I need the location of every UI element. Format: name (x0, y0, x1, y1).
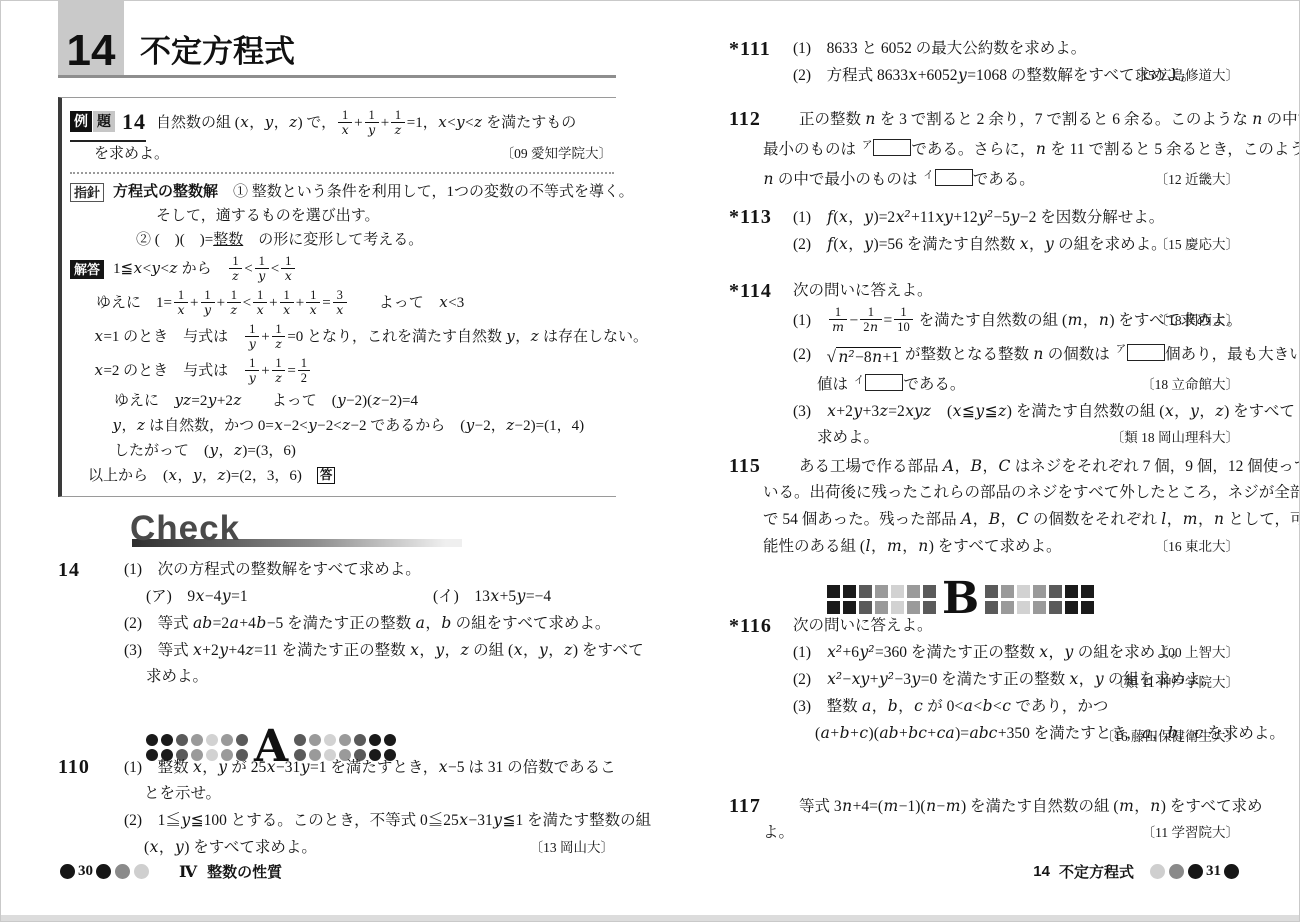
fraction: 1z (391, 108, 405, 137)
text-line: (2) f(x，y)=56 を満たす自然数 x，y の組を求めよ。〔15 慶応大… (793, 231, 1241, 258)
denominator: m (829, 320, 848, 334)
math-variable: A (942, 457, 954, 475)
fraction: 1y (255, 254, 269, 283)
math-variable: z (234, 441, 243, 459)
text-run: 1 (395, 108, 401, 122)
part-title: 整数の性質 (207, 861, 282, 882)
math-variable: a (861, 697, 871, 715)
math-variable: c (914, 697, 924, 715)
text-run: 10 (897, 320, 910, 334)
math-variable: x (94, 327, 103, 345)
source-citation: 〔類 18 岡山理科大〕 (1111, 425, 1239, 451)
math-variable: x (133, 259, 142, 277)
line-text: 方程式の整数解 ① 整数という条件を利用して，1つの変数の不等式を導く。 (113, 184, 634, 200)
problem-body: 次の問いに答えよ。(1) x²+6y²=360 を満たす正の整数 x，y の組を… (793, 613, 1241, 747)
math-variable: B (970, 457, 982, 475)
text-run: 等式 3n+4=(m−1)(n−m) を満たす自然数の組 (m，n) をすべて求… (799, 798, 1263, 815)
text-run: ある工場で作る部品 A，B，C はネジをそれぞれ 7 個，9 個，12 個使って (799, 458, 1300, 475)
line-text: ある工場で作る部品 A，B，C はネジをそれぞれ 7 個，9 個，12 個使って (799, 458, 1300, 475)
ornament-dot (985, 585, 998, 598)
text-line: ゆえに 1=1x+1y+1z<1x+1x+1x=3x よって x<3 (70, 286, 614, 320)
numerator: 1 (272, 356, 286, 371)
text-run: 1 (259, 254, 265, 268)
text-run: である。さらに，n を 11 で割ると 5 余るとき，このような (911, 141, 1300, 158)
numerator: 1 (391, 108, 405, 123)
math-variable: xy (935, 208, 954, 226)
math-variable: y (112, 416, 121, 434)
text-run: 1 (369, 108, 375, 122)
ornament-dot (859, 585, 872, 598)
math-variable: n (1033, 345, 1044, 363)
numerator: 1 (338, 108, 352, 123)
text-line: 求めよ。〔類 18 岡山理科大〕 (793, 425, 1241, 451)
text-line: (1) f(x，y)=2x²+11xy+12y²−5y−2 を因数分解せよ。 (793, 204, 1241, 231)
math-variable: C (1016, 510, 1029, 528)
problem-number: *111 (729, 36, 771, 62)
text-run: n の中で最小のものは (763, 171, 921, 188)
fraction: 1z (272, 322, 286, 351)
text-run: 1 (249, 356, 255, 370)
math-variable: x (438, 758, 448, 776)
ornament-dot (1001, 585, 1014, 598)
ornament-dot (891, 585, 904, 598)
source-citation: 〔類 11 神戸学院大〕 (1111, 672, 1239, 693)
numerator: 1 (306, 288, 320, 303)
text-run: 1 (900, 305, 906, 319)
answer-blank-box (935, 169, 973, 186)
solution-label: 解答 (70, 260, 104, 279)
text-run: x (341, 123, 349, 137)
math-variable: x (168, 466, 177, 484)
text-run: y (368, 123, 376, 137)
underlined-text: 整数 (213, 232, 243, 248)
math-variable: y (493, 811, 503, 829)
math-variable: m (832, 319, 845, 334)
line-text: x=1 のとき 与式は 1y+1z=0 となり，これを満たす自然数 y，z は存… (94, 329, 648, 345)
text-run: 求めよ。 (146, 668, 208, 685)
math-variable: y (1044, 235, 1054, 253)
numerator: 1 (298, 356, 310, 371)
math-variable: y (204, 302, 212, 317)
text-run: したがって (y，z)=(3，6) (114, 443, 296, 459)
denominator: x (306, 303, 320, 317)
math-variable: x (149, 838, 159, 856)
textbook-spread: 14 不定方程式 例題14自然数の組 (x，y，z) で，1x+1y+1z=1，… (0, 0, 1300, 922)
text-line: (2) √n²−8n+1 が整数となる整数 n の個数は ア個あり，最も大きい … (793, 337, 1241, 367)
text-run: ① 整数という条件を利用して，1つの変数の不等式を導く。 (218, 184, 634, 200)
math-variable: z (530, 327, 539, 345)
line-text: x=2 のとき 与式は 1y+1z=12 (94, 363, 312, 379)
denominator: y (365, 123, 379, 137)
ornament-dot-grid (827, 585, 936, 614)
check-logo: Check (130, 509, 470, 551)
math-variable: y (219, 641, 229, 659)
left-page-footer: 30 Ⅳ 整数の性質 (58, 861, 616, 882)
text-run: である。 (973, 171, 1035, 188)
text-run: 2 (301, 371, 307, 385)
math-variable: y² (879, 670, 895, 688)
source-citation: 〔18 立命館大〕 (1141, 372, 1239, 398)
denominator: x (253, 303, 267, 317)
example-problem-block: 例題14自然数の組 (x，y，z) で，1x+1y+1z=1，x<y<z を満た… (58, 97, 616, 497)
text-run: + (261, 363, 269, 379)
ornament-dot (146, 734, 158, 746)
text-run: (1) 整数 x，y が 25x−31y=1 を満たすとき，x−5 は 31 の… (124, 759, 616, 776)
math-variable: x (336, 302, 344, 317)
math-variable: C (998, 457, 1011, 475)
text-line: ゆえに yz=2y+2z よって (y−2)(z−2)=4 (70, 388, 614, 413)
math-variable: x (1019, 235, 1029, 253)
numerator: 1 (829, 305, 848, 320)
math-variable: n (1035, 140, 1046, 158)
math-variable: B (988, 510, 1000, 528)
line-text: (3) 整数 a，b，c が 0<a<b<c であり，かつ (793, 698, 1108, 715)
line-text: (2) f(x，y)=56 を満たす自然数 x，y の組を求めよ。 (793, 236, 1167, 253)
text-run: (1) f(x，y)=2x²+11xy+12y²−5y−2 を因数分解せよ。 (793, 209, 1164, 226)
numerator: 1 (860, 305, 881, 320)
problem-body: (1) 8633 と 6052 の最大公約数を求めよ。(2) 方程式 8633x… (793, 36, 1241, 89)
ornament-dot (1049, 585, 1062, 598)
problem-number: 117 (729, 793, 761, 819)
text-run: + (261, 329, 269, 345)
numerator: 1 (201, 288, 215, 303)
part-numeral: Ⅳ (179, 862, 197, 882)
math-variable: n (1252, 110, 1263, 128)
problem-number: 112 (729, 106, 761, 132)
answer-blank: ア (1114, 346, 1166, 363)
math-variable: f (827, 208, 834, 226)
text-run: で 54 個あった。残った部品 A，B，C の個数をそれぞれ l，m，n として… (763, 511, 1300, 528)
problem-117: 117等式 3n+4=(m−1)(n−m) を満たす自然数の組 (m，n) をす… (729, 793, 1241, 846)
fraction: 1y (245, 356, 259, 385)
math-variable: y (248, 336, 256, 351)
right-page-footer: 14 不定方程式 31 (729, 861, 1241, 882)
source-citation: 〔09 愛知学院大〕 (501, 142, 612, 166)
problem-body: ある工場で作る部品 A，B，C はネジをそれぞれ 7 個，9 個，12 個使って… (763, 453, 1241, 560)
math-variable: z (1215, 402, 1224, 420)
line-text: 求めよ。 (817, 429, 879, 446)
text-run: x (309, 303, 317, 317)
problem-body: (1) 整数 x，y が 25x−31y=1 を満たすとき，x−5 は 31 の… (124, 754, 616, 861)
math-variable: a (229, 614, 239, 632)
text-run: 以上から (x，y，z)=(2，3，6) (88, 468, 317, 484)
text-run: (2) (793, 346, 827, 363)
source-citation: 〔15 広島修道大〕 (1128, 63, 1239, 89)
math-variable: x (1164, 402, 1174, 420)
line-text: n の中で最小のものは イである。 (763, 171, 1035, 188)
ornament-dot (1081, 601, 1094, 614)
ornament-dot (907, 585, 920, 598)
math-variable: y (248, 370, 256, 385)
fraction: 1x (306, 288, 320, 317)
problem-number: 115 (729, 453, 761, 479)
text-run: x=1 のとき 与式は (94, 329, 243, 345)
answer-blank: イ (921, 171, 973, 188)
math-variable: y (258, 268, 266, 283)
math-variable: n (872, 348, 883, 366)
fraction: 1x (338, 108, 352, 137)
check-section-header: Check (58, 509, 616, 555)
ornament-dot (827, 585, 840, 598)
math-variable: n² (838, 348, 855, 366)
ornament-dot (985, 601, 998, 614)
math-variable: y (957, 66, 967, 84)
math-variable: x (192, 758, 202, 776)
math-variable: ab (879, 724, 899, 742)
problem-115: 115ある工場で作る部品 A，B，C はネジをそれぞれ 7 個，9 個，12 個… (729, 453, 1241, 560)
problem-body: 次の問いに答えよ。(1) 1m−12n=110 を満たす自然数の組 (m，n) … (793, 278, 1241, 451)
math-variable: y (506, 327, 515, 345)
math-variable: y (209, 441, 218, 459)
text-run: − (849, 312, 858, 329)
ornament-dot (1065, 601, 1078, 614)
guideline-label: 指針 (70, 183, 104, 202)
math-variable: z (232, 268, 240, 283)
text-line: (1) 整数 x，y が 25x−31y=1 を満たすとき，x−5 は 31 の… (124, 754, 616, 781)
math-variable: z (137, 416, 146, 434)
math-variable: y (538, 641, 548, 659)
text-run: m (832, 320, 845, 334)
text-run: 自然数の組 (x，y，z) で， (156, 115, 336, 131)
line-text: よ。 (763, 824, 794, 841)
math-variable: x² (827, 643, 843, 661)
footer-page-number: 30 (78, 863, 93, 880)
line-text: (1) 次の方程式の整数解をすべて求めよ。 (124, 561, 421, 578)
source-citation: 〔16 東北大〕 (1155, 534, 1239, 560)
text-run: 1 (301, 356, 307, 370)
text-run: (3) 整数 a，b，c が 0<a<b<c であり，かつ (793, 698, 1108, 715)
math-variable: z (394, 122, 402, 137)
source-citation: 〔16 藤田保健衛生大〕 (1101, 726, 1239, 747)
footer-page-dot (115, 864, 130, 879)
numerator: 1 (280, 288, 294, 303)
chapter-underline (58, 75, 616, 78)
math-variable: y (1064, 643, 1074, 661)
ornament-dot (907, 601, 920, 614)
line-text: ② ( )( )=整数 の形に変形して考える。 (136, 232, 423, 248)
text-run: y (248, 337, 256, 351)
text-run: ② ( )( )= (136, 232, 213, 248)
text-run: (3) 等式 x+2y+4z=11 を満たす正の整数 x，y，z の組 (x，y… (124, 642, 644, 659)
math-variable: x (195, 587, 205, 605)
math-variable: n (869, 319, 878, 334)
example-label-rei: 例 (70, 111, 92, 132)
text-run: x (177, 303, 185, 317)
math-variable: f (827, 235, 834, 253)
math-variable: l (865, 537, 871, 555)
line-text: とを示せ。 (144, 785, 221, 802)
math-variable: x (274, 416, 283, 434)
line-text: 1≦x<y<z から 1z<1y<1x (113, 261, 297, 277)
math-variable: y² (859, 643, 875, 661)
text-run: x (283, 303, 291, 317)
text-run: z (394, 123, 402, 137)
math-variable: y (864, 235, 874, 253)
text-run: (2) f(x，y)=56 を満たす自然数 x，y の組を求めよ。 (793, 236, 1167, 253)
math-variable: x (839, 208, 849, 226)
text-run: + (296, 295, 304, 311)
text-run: 1 (868, 305, 874, 319)
math-variable: y (300, 758, 310, 776)
numerator: 1 (253, 288, 267, 303)
text-run: とを示せ。 (144, 785, 221, 802)
column-item: (イ) 13x+5y=−4 (433, 583, 720, 610)
math-variable: z (474, 113, 483, 131)
fraction: 1z (227, 288, 241, 317)
line-text: そして，適するものを選び出す。 (156, 208, 380, 224)
ornament-dot (339, 734, 351, 746)
math-variable: A (960, 510, 972, 528)
math-variable: z (460, 641, 469, 659)
problem-113: *113(1) f(x，y)=2x²+11xy+12y²−5y−2 を因数分解せ… (729, 204, 1241, 258)
text-run: 次の問いに答えよ。 (793, 282, 933, 299)
math-variable: z (230, 302, 238, 317)
text-line: 正の整数 n を 3 で割ると 2 余り，7 で割ると 6 余る。このような n… (763, 106, 1241, 133)
text-line: で 54 個あった。残った部品 A，B，C の個数をそれぞれ l，m，n として… (763, 506, 1241, 533)
ornament-dot (1017, 601, 1030, 614)
source-citation: 〔15 慶応大〕 (1155, 232, 1239, 258)
numerator: 1 (227, 288, 241, 303)
math-variable: b (441, 614, 452, 632)
numerator: 1 (229, 254, 243, 269)
ornament-dot (161, 734, 173, 746)
line-text: ゆえに 1=1x+1y+1z<1x+1x+1x=3x よって x<3 (96, 295, 464, 311)
text-line: そして，適するものを選び出す。 (70, 204, 614, 228)
page-bottom-edge (1, 915, 1299, 921)
ornament-dot (875, 601, 888, 614)
ornament-dot (206, 734, 218, 746)
ornament-dot (1065, 585, 1078, 598)
guideline-first-line: 指針方程式の整数解 ① 整数という条件を利用して，1つの変数の不等式を導く。 (70, 180, 614, 204)
text-line: x=1 のとき 与式は 1y+1z=0 となり，これを満たす自然数 y，z は存… (70, 320, 614, 354)
ornament-dot (1017, 585, 1030, 598)
ornament-dot (176, 734, 188, 746)
text-run: z (275, 371, 283, 385)
text-run: + (354, 115, 362, 131)
math-variable: x (438, 113, 447, 131)
math-variable: y (337, 391, 346, 409)
math-variable: y (181, 811, 191, 829)
text-line: n の中で最小のものは イである。〔12 近畿大〕 (763, 163, 1241, 193)
text-run: 1 (231, 288, 237, 302)
ornament-dot-grid (985, 585, 1094, 614)
text-line: (ア) 9x−4y=1(イ) 13x+5y=−4 (124, 583, 616, 610)
numerator: 1 (281, 254, 295, 269)
line-text: (1) 整数 x，y が 25x−31y=1 を満たすとき，x−5 は 31 の… (124, 759, 616, 776)
text-line: 最小のものは アである。さらに，n を 11 で割ると 5 余るとき，このような (763, 133, 1241, 163)
text-run: + (269, 295, 277, 311)
text-run: 1 (285, 254, 291, 268)
text-run: (1) x²+6y²=360 を満たす正の整数 x，y の組を求めよ。 (793, 644, 1186, 661)
answer-blank-box (873, 139, 911, 156)
problem-14: 14(1) 次の方程式の整数解をすべて求めよ。(ア) 9x−4y=1(イ) 13… (58, 557, 616, 690)
example-label: 例題14 (70, 105, 146, 142)
math-variable: y (221, 587, 231, 605)
text-run: ゆえに yz=2y+2z よって (y−2)(z−2)=4 (114, 393, 418, 409)
text-line: 能性のある組 (l，m，n) をすべて求めよ。〔16 東北大〕 (763, 533, 1241, 560)
bold-text: 方程式の整数解 (113, 184, 218, 200)
problem-114: *114次の問いに答えよ。(1) 1m−12n=110 を満たす自然数の組 (m… (729, 278, 1241, 451)
text-run: 求めよ。 (817, 429, 879, 446)
text-run: =1，x<y<z を満たすもの (407, 115, 577, 131)
math-variable: c (859, 724, 869, 742)
blank-label: ア (1116, 344, 1127, 355)
ornament-dot (1081, 585, 1094, 598)
ornament-dot (384, 734, 396, 746)
fraction: 1z (272, 356, 286, 385)
math-variable: y (853, 402, 863, 420)
math-variable: m (945, 797, 961, 815)
text-line: (x，y) をすべて求めよ。〔13 岡山大〕 (124, 834, 616, 861)
text-run: 次の問いに答えよ。 (793, 617, 933, 634)
ornament-dot (369, 734, 381, 746)
text-line: したがって (y，z)=(3，6) (70, 438, 614, 463)
text-run: y (248, 371, 256, 385)
math-variable: x (192, 641, 202, 659)
math-variable: y (174, 838, 184, 856)
example-label-dai: 題 (93, 111, 115, 132)
text-run: 1 (249, 322, 255, 336)
right-page-column: *111(1) 8633 と 6052 の最大公約数を求めよ。(2) 方程式 8… (729, 31, 1241, 922)
math-variable: y (368, 122, 376, 137)
text-line: y，z は自然数，かつ 0=x−2<y−2<z−2 であるから (y−2，z−2… (70, 413, 614, 438)
ornament-dot (1001, 601, 1014, 614)
ornament-dot (843, 601, 856, 614)
text-line: とを示せ。 (124, 781, 616, 807)
numerator: 1 (255, 254, 269, 269)
fraction: 12n (860, 305, 881, 334)
fraction: 3x (333, 288, 347, 317)
text-run: = (287, 363, 295, 379)
fraction: 1x (174, 288, 188, 317)
source-citation: 〔00 上智大〕 (1155, 640, 1239, 666)
math-variable: z (245, 641, 254, 659)
math-variable: x (240, 113, 249, 131)
text-line: 求めよ。 (124, 664, 616, 690)
line-text: y，z は自然数，かつ 0=x−2<y−2<z−2 であるから (y−2，z−2… (112, 418, 584, 434)
chapter-header: 14 不定方程式 (58, 1, 616, 81)
footer-page-dot (96, 864, 111, 879)
chapter-title: 不定方程式 (140, 26, 295, 71)
line-text: (1) x²+6y²=360 を満たす正の整数 x，y の組を求めよ。 (793, 644, 1186, 661)
math-variable: y (192, 466, 201, 484)
math-variable: b (839, 724, 850, 742)
ornament-dot (1033, 601, 1046, 614)
ornament-dot (923, 601, 936, 614)
math-variable: x (309, 302, 317, 317)
radical-sign: √ (827, 347, 836, 366)
math-variable: z (564, 641, 573, 659)
left-page-column: 14 不定方程式 例題14自然数の組 (x，y，z) で，1x+1y+1z=1，… (58, 1, 616, 922)
problem-number: 14 (58, 557, 80, 583)
text-run: よ。 (763, 824, 794, 841)
line-text: ゆえに yz=2y+2z よって (y−2)(z−2)=4 (114, 393, 418, 409)
math-variable: x (513, 641, 523, 659)
ornament-dot (354, 734, 366, 746)
text-line: (1) 次の方程式の整数解をすべて求めよ。 (124, 557, 616, 583)
problem-110: 110(1) 整数 x，y が 25x−31y=1 を満たすとき，x−5 は 3… (58, 754, 616, 861)
text-run: 1 (204, 288, 210, 302)
text-line: 以上から (x，y，z)=(2，3，6) 答 (70, 463, 614, 488)
fraction: 1y (365, 108, 379, 137)
problem-body: 正の整数 n を 3 で割ると 2 余り，7 で割ると 6 余る。このような n… (763, 106, 1241, 193)
denominator: z (272, 337, 286, 351)
math-variable: y (435, 641, 445, 659)
line-text: 等式 3n+4=(m−1)(n−m) を満たす自然数の組 (m，n) をすべて求… (799, 798, 1263, 815)
fraction: 1x (280, 288, 294, 317)
column-item: (ア) 9x−4y=1 (146, 583, 433, 610)
text-run: 1 (232, 254, 238, 268)
